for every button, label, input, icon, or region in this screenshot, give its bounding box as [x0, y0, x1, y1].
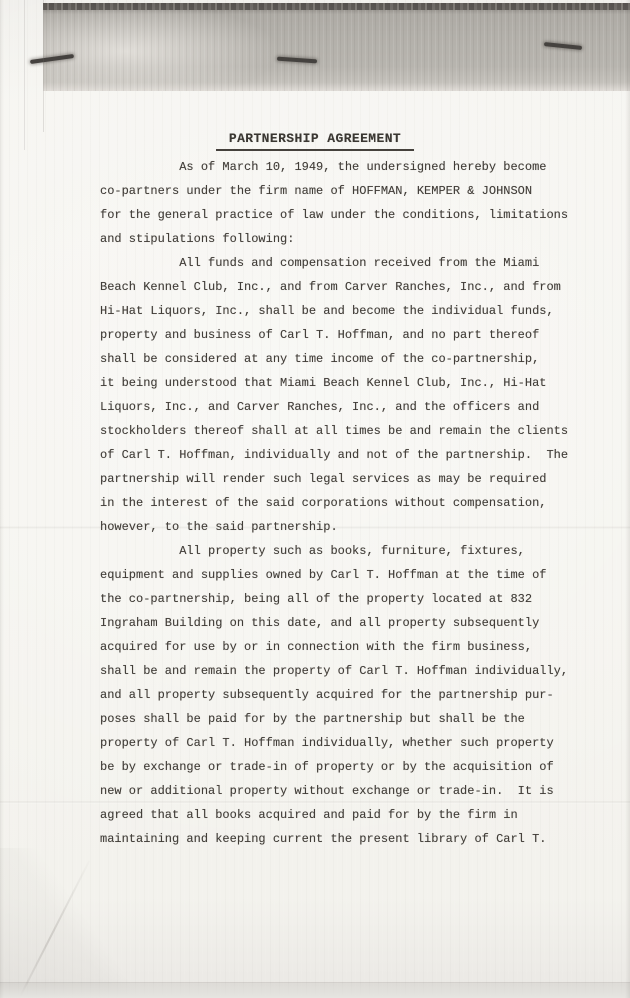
paragraph-preamble: As of March 10, 1949, the undersigned he…: [100, 155, 580, 251]
scan-top-band: [43, 3, 630, 91]
scan-band-streaks: [43, 3, 630, 91]
scan-left-edge: [0, 0, 4, 998]
paper-crease-horizontal-2: [0, 801, 630, 804]
paper-crease-vertical: [24, 0, 25, 150]
scan-bottom-edge: [0, 983, 630, 998]
scan-band-left-edge: [43, 0, 44, 132]
document-title: PARTNERSHIP AGREEMENT: [216, 131, 414, 151]
title-row: PARTNERSHIP AGREEMENT: [0, 129, 630, 151]
scan-right-edge: [625, 0, 630, 998]
paragraph-funds-clause: All funds and compensation received from…: [100, 251, 580, 539]
paragraph-property-clause: All property such as books, furniture, f…: [100, 539, 580, 851]
scan-band-top-edge: [43, 3, 630, 10]
scanned-page: PARTNERSHIP AGREEMENT As of March 10, 19…: [0, 0, 630, 998]
paper-crease-horizontal-1: [0, 526, 630, 529]
document-body: As of March 10, 1949, the undersigned he…: [100, 155, 580, 851]
